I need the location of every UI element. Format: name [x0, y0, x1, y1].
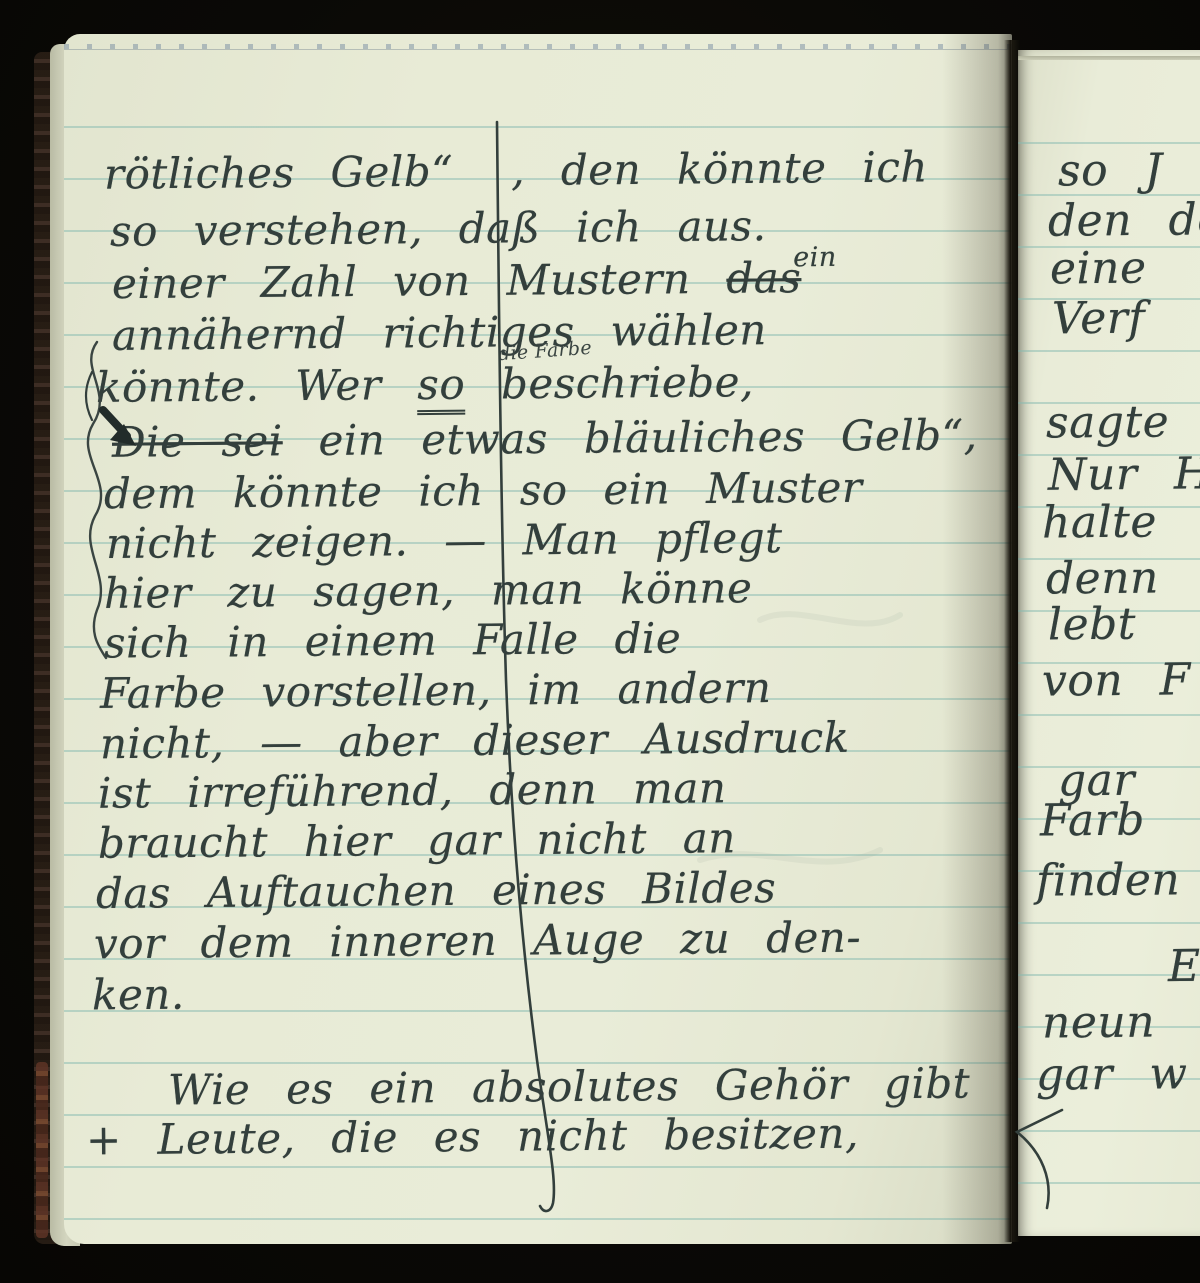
right-page: [1018, 50, 1200, 1236]
spine-red-binding: [36, 1062, 48, 1238]
left-page-ruled-lines: [64, 76, 1012, 1226]
left-page-top-edge: [64, 44, 1012, 49]
right-page-ruled-lines: [1018, 92, 1200, 1218]
page-gutter: [1004, 40, 1020, 1242]
left-page: [64, 34, 1012, 1244]
notebook-photo: rötliches Gelb“, den könnte ich so verst…: [0, 0, 1200, 1283]
right-page-top-edge: [1018, 56, 1200, 60]
left-page-gutter-shadow: [942, 34, 1012, 1244]
